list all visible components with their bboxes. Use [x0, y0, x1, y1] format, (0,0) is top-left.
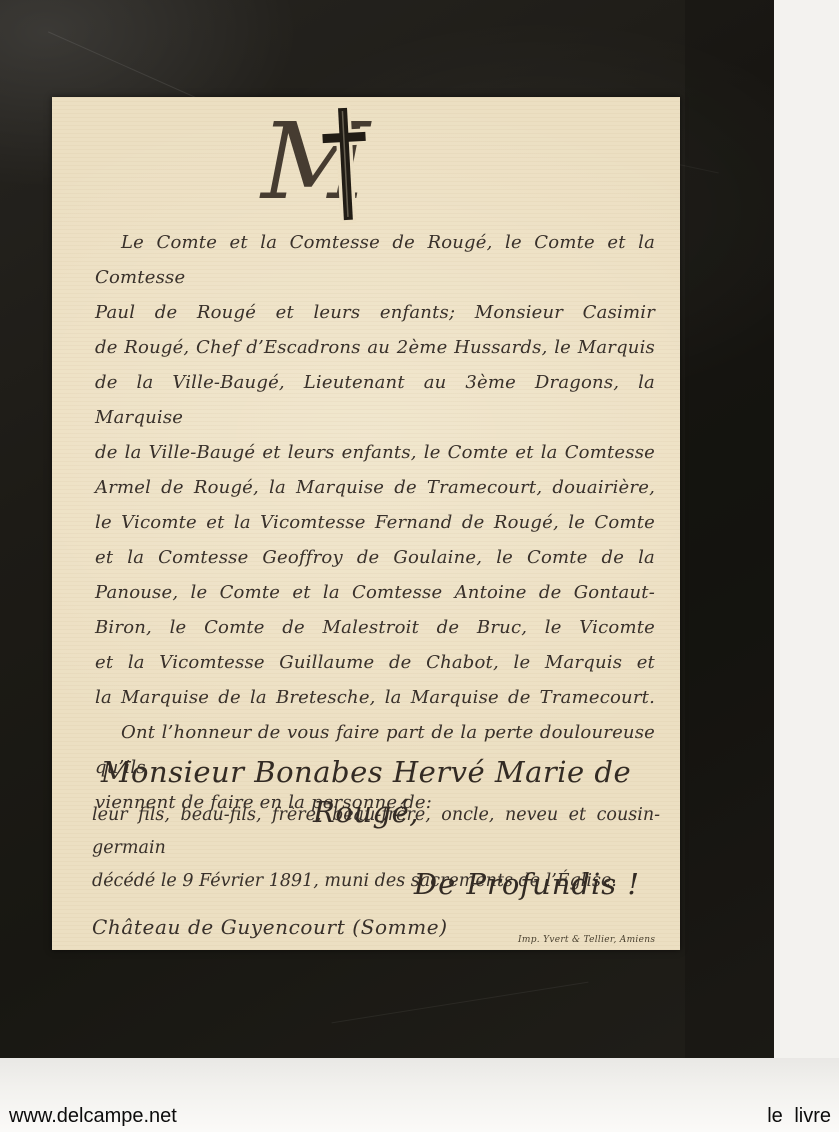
scratch-mark [332, 982, 589, 1024]
announcement-line: la Marquise de la Bretesche, la Marquise… [95, 680, 655, 715]
printer-credit: Imp. Yvert & Tellier, Amiens [518, 935, 655, 945]
relations-line: leur fils, beau-fils, frère, beau-frère,… [92, 799, 660, 865]
announcement-line: de la Ville-Baugé et leurs enfants, le C… [95, 435, 655, 470]
announcement-line: de la Ville-Baugé, Lieutenant au 3ème Dr… [95, 365, 655, 435]
scanned-image: M Le Comte et la Comtesse de Rougé, le C… [0, 0, 839, 1132]
announcement-text: Le Comte et la Comtesse de Rougé, le Com… [95, 225, 655, 820]
announcement-line: et la Vicomtesse Guillaume de Chabot, le… [95, 645, 655, 680]
announcement-line: Biron, le Comte de Malestroit de Bruc, l… [95, 610, 655, 645]
place-line: Château de Guyencourt (Somme) [92, 915, 448, 939]
monogram: M [257, 109, 437, 234]
announcement-line: de Rougé, Chef d’Escadrons au 2ème Hussa… [95, 330, 655, 365]
death-announcement-card: M Le Comte et la Comtesse de Rougé, le C… [52, 97, 680, 950]
announcement-line: le Vicomte et la Vicomtesse Fernand de R… [95, 505, 655, 540]
announcement-line: et la Comtesse Geoffroy de Goulaine, le … [95, 540, 655, 575]
watermark-delcampe: www.delcampe.net [9, 1105, 177, 1128]
announcement-line: Le Comte et la Comtesse de Rougé, le Com… [95, 225, 655, 295]
announcement-line: Paul de Rougé et leurs enfants; Monsieur… [95, 295, 655, 330]
latin-cross-icon [318, 104, 372, 226]
backdrop-fold [685, 0, 774, 1058]
announcement-line: Panouse, le Comte et la Comtesse Antoine… [95, 575, 655, 610]
closing-phrase: De Profundis ! [414, 867, 640, 901]
announcement-line: Armel de Rougé, la Marquise de Tramecour… [95, 470, 655, 505]
watermark-le-livre: le livre [767, 1105, 831, 1128]
